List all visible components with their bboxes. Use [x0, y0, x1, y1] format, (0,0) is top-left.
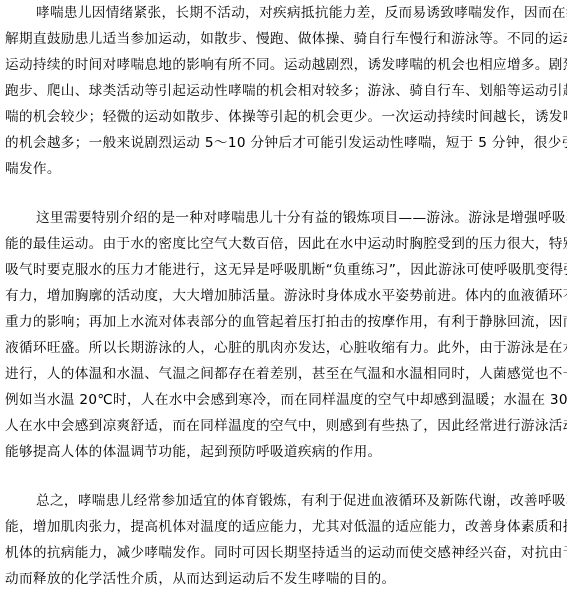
text-line: 能够提高人体的体温调节功能，起到预防呼吸道疾病的作用。 — [5, 439, 567, 465]
text-line: 跑步、爬山、球类活动等引起运动性哮喘的机会相对较多；游泳、骑自行车、划船等运动引… — [5, 78, 567, 104]
text-line: 解期直鼓励患儿适当参加运动，如散步、慢跑、做体操、骑自行车慢行和游泳等。不同的运… — [5, 26, 567, 52]
text-line: 这里需要特别介绍的是一种对哮喘患儿十分有益的锻炼项目——游泳。游泳是增强呼吸功 — [5, 205, 567, 231]
paragraph-summary: 总之，哮喘患儿经常参加适宜的体育锻炼，有利于促进血液循环及新陈代谢，改善呼吸功 … — [5, 488, 567, 589]
text-line: 运动持续的时间对哮喘息地的影响有所不同。运动越剧烈，诱发哮喘的机会也相应增多。剧… — [5, 52, 567, 78]
text-line: 动而释放的化学活性介质，从而达到运动后不发生哮喘的目的。 — [5, 566, 567, 589]
text-line: 总之，哮喘患儿经常参加适宜的体育锻炼，有利于促进血液循环及新陈代谢，改善呼吸功 — [5, 488, 567, 514]
text-line: 能，增加肌肉张力，提高机体对温度的适应能力，尤其对低温的适应能力，改善身体素质和… — [5, 514, 567, 540]
text-line: 喘的机会较少；轻微的运动如散步、体操等引起的机会更少。一次运动持续时间越长，诱发… — [5, 104, 567, 130]
text-line: 机体的抗病能力，减少哮喘发作。同时可因长期坚持适当的运动而使交感神经兴奋，对抗由… — [5, 540, 567, 566]
paragraph-swimming: 这里需要特别介绍的是一种对哮喘患儿十分有益的锻炼项目——游泳。游泳是增强呼吸功 … — [5, 205, 567, 465]
text-line: 能的最佳运动。由于水的密度比空气大数百倍，因此在水中运动时胸腔受到的压力很大，特… — [5, 231, 567, 257]
paragraph-exercise-intro: 哮喘患儿因情绪紧张，长期不活动，对疾病抵抗能力差，反而易诱致哮喘发作，因而在缓 … — [5, 0, 567, 182]
text-line: 的机会越多；一般来说剧烈运动 5～10 分钟后才可能引发运动性哮喘，短于 5 分… — [5, 130, 567, 156]
text-line: 吸气时要克服水的压力才能进行，这无异是呼吸肌断“负重练习”，因此游泳可使呼吸肌变… — [5, 257, 567, 283]
text-line: 人在水中会感到凉爽舒适，而在同样温度的空气中，则感到有些热了，因此经常进行游泳活… — [5, 413, 567, 439]
text-line: 进行，人的体温和水温、气温之间都存在着差别，甚至在气温和水温相同时，人菌感觉也不… — [5, 361, 567, 387]
text-line: 有力，增加胸廓的活动度，大大增加肺活量。游泳时身体成水平姿势前进。体内的血液循环… — [5, 283, 567, 309]
text-line: 液循环旺盛。所以长期游泳的人，心脏的肌肉亦发达，心脏收缩有力。此外，由于游泳是在… — [5, 335, 567, 361]
text-line: 喘发作。 — [5, 156, 567, 182]
text-line: 哮喘患儿因情绪紧张，长期不活动，对疾病抵抗能力差，反而易诱致哮喘发作，因而在缓 — [5, 0, 567, 26]
text-line: 重力的影响；再加上水流对体表部分的血管起着压打拍击的按摩作用，有利于静脉回流，因… — [5, 309, 567, 335]
text-line: 例如当水温 20℃时，人在水中会感到寒冷，而在同样温度的空气中却感到温暖；水温在… — [5, 387, 567, 413]
